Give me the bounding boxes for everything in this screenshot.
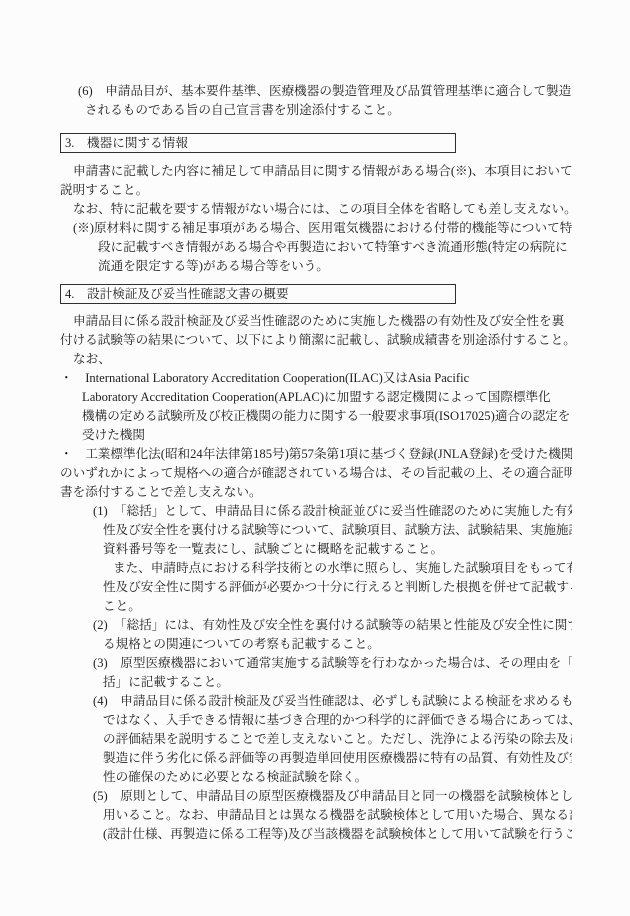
- text-line: 段に記載すべき情報がある場合や再製造において特筆すべき流通形態(特定の病院に: [60, 238, 572, 257]
- text-line: なお、: [60, 350, 572, 369]
- text-line: 資料番号等を一覧表にし、試験ごとに概略を記載すること。: [60, 540, 572, 559]
- text-line: の評価結果を説明することで差し支えないこと。ただし、洗浄による汚染の除去及び再: [60, 730, 572, 749]
- section-3-heading-box: 3. 機器に関する情報: [60, 133, 456, 153]
- text-line: (設計仕様、再製造に係る工程等)及び当該機器を試験検体として用いて試験を行うこと: [60, 825, 572, 844]
- accreditation-bullet-ilac: ・ International Laboratory Accreditation…: [60, 369, 572, 445]
- text-line: されるものである旨の自己宣言書を別途添付すること。: [60, 101, 572, 120]
- text-line: (3) 原型医療機器において通常実施する試験等を行わなかった場合は、その理由を「…: [60, 654, 572, 673]
- text-line: (6) 申請品目が、基本要件基準、医療機器の製造管理及び品質管理基準に適合して製…: [60, 82, 572, 101]
- text-line: また、申請時点における科学技術との水準に照らし、実施した試験項目をもって有効: [60, 559, 572, 578]
- text-line: 製造に伴う劣化に係る評価等の再製造単回使用医療機器に特有の品質、有効性及び安全: [60, 749, 572, 768]
- text-line: 性の確保のために必要となる検証試験を除く。: [60, 768, 572, 787]
- text-line: (2) 「総括」には、有効性及び安全性を裏付ける試験等の結果と性能及び安全性に関…: [60, 616, 572, 635]
- text-line: 性及び安全性に関する評価が必要かつ十分に行えると判断した根拠を併せて記載する: [60, 578, 572, 597]
- text-line: 申請書に記載した内容に補足して申請品目に関する情報がある場合(※)、本項目におい…: [60, 162, 572, 181]
- text-line: (4) 申請品目に係る設計検証及び妥当性確認は、必ずしも試験による検証を求めるも…: [60, 692, 572, 711]
- text-line: こと。: [60, 597, 572, 616]
- document-page: (6) 申請品目が、基本要件基準、医療機器の製造管理及び品質管理基準に適合して製…: [0, 0, 630, 916]
- item-1-paragraph: (1) 「総括」として、申請品目に係る設計検証並びに妥当性確認のために実施した有…: [60, 502, 572, 616]
- text-line: 受けた機関: [60, 426, 572, 445]
- text-line: ・ 工業標準化法(昭和24年法律第185号)第57条第1項に基づく登録(JNLA…: [60, 445, 572, 464]
- text-line: 付ける試験等の結果について、以下により簡潔に記載し、試験成績書を別途添付すること…: [60, 331, 572, 350]
- text-line: (※)原材料に関する補足事項がある場合、医用電気機器における付帯的機能等について…: [60, 219, 572, 238]
- text-line: Laboratory Accreditation Cooperation(APL…: [60, 388, 572, 407]
- item-3-paragraph: (3) 原型医療機器において通常実施する試験等を行わなかった場合は、その理由を「…: [60, 654, 572, 692]
- text-line: のいずれかによって規格への適合が確認されている場合は、その旨記載の上、その適合証…: [60, 464, 572, 483]
- text-line: 書を添付することで差し支えない。: [60, 483, 572, 502]
- item-4-paragraph: (4) 申請品目に係る設計検証及び妥当性確認は、必ずしも試験による検証を求めるも…: [60, 692, 572, 787]
- text-line: 機構の定める試験所及び校正機関の能力に関する一般要求事項(ISO17025)適合…: [60, 407, 572, 426]
- text-line: 性及び安全性を裏付ける試験等について、試験項目、試験方法、試験結果、実施施設、: [60, 521, 572, 540]
- text-line: 申請品目に係る設計検証及び妥当性確認のために実施した機器の有効性及び安全性を裏: [60, 312, 572, 331]
- text-line: 説明すること。: [60, 181, 572, 200]
- text-line: 括」に記載すること。: [60, 673, 572, 692]
- text-line: (5) 原則として、申請品目の原型医療機器及び申請品目と同一の機器を試験検体とし…: [60, 787, 572, 806]
- text-line: ・ International Laboratory Accreditation…: [60, 369, 572, 388]
- text-line: る規格との関連についての考察も記載すること。: [60, 635, 572, 654]
- text-line: 用いること。なお、申請品目とは異なる機器を試験検体として用いた場合、異なる部分: [60, 806, 572, 825]
- text-line: ではなく、入手できる情報に基づき合理的かつ科学的に評価できる場合にあっては、そ: [60, 711, 572, 730]
- section-4-heading-box: 4. 設計検証及び妥当性確認文書の概要: [60, 284, 456, 304]
- item-2-paragraph: (2) 「総括」には、有効性及び安全性を裏付ける試験等の結果と性能及び安全性に関…: [60, 616, 572, 654]
- accreditation-bullet-jnla: ・ 工業標準化法(昭和24年法律第185号)第57条第1項に基づく登録(JNLA…: [60, 445, 572, 502]
- item-5-paragraph: (5) 原則として、申請品目の原型医療機器及び申請品目と同一の機器を試験検体とし…: [60, 787, 572, 844]
- section-3-paragraph: 申請書に記載した内容に補足して申請品目に関する情報がある場合(※)、本項目におい…: [60, 162, 572, 276]
- section-4-intro-paragraph: 申請品目に係る設計検証及び妥当性確認のために実施した機器の有効性及び安全性を裏付…: [60, 312, 572, 369]
- item-6-paragraph: (6) 申請品目が、基本要件基準、医療機器の製造管理及び品質管理基準に適合して製…: [60, 82, 572, 120]
- text-line: (1) 「総括」として、申請品目に係る設計検証並びに妥当性確認のために実施した有…: [60, 502, 572, 521]
- text-line: 流通を限定する等)がある場合等をいう。: [60, 257, 572, 276]
- text-line: なお、特に記載を要する情報がない場合には、この項目全体を省略しても差し支えない。: [60, 200, 572, 219]
